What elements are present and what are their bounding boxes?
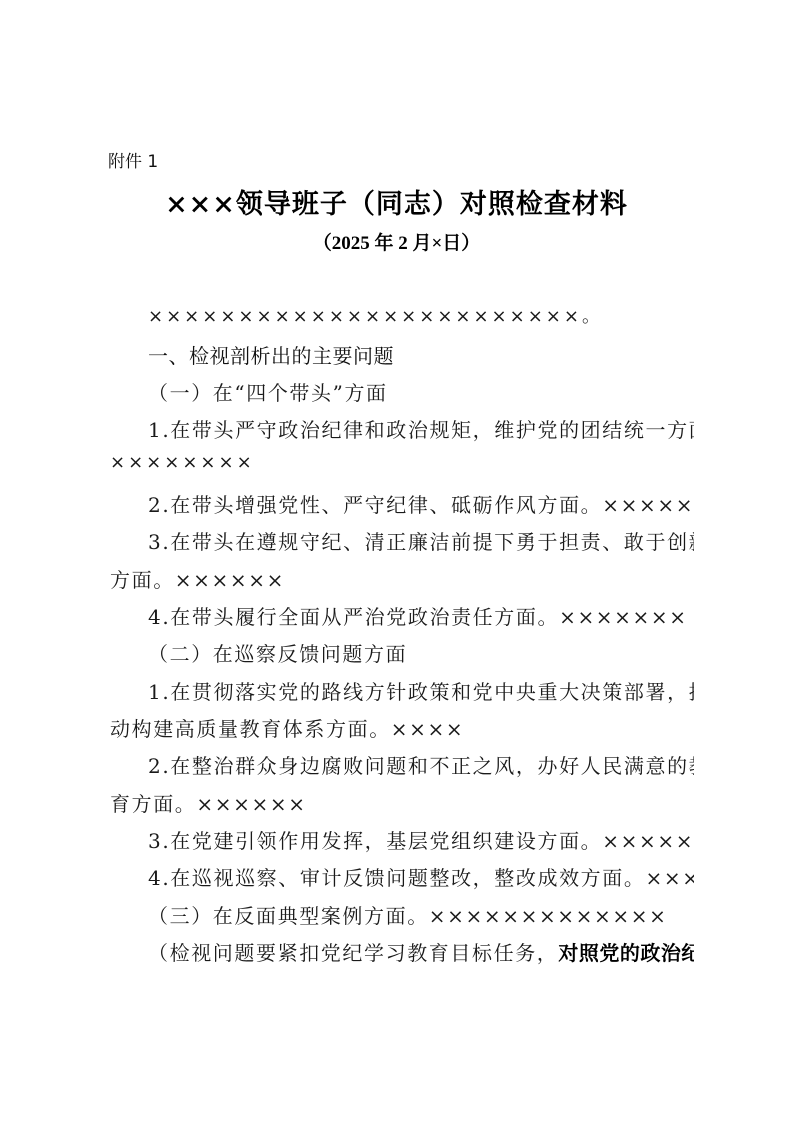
item-2-2-line1: 2.在整治群众身边腐败问题和不正之风，办好人民满意的教 [148, 750, 694, 779]
subsection-heading-2: （二）在巡察反馈问题方面 [148, 638, 694, 667]
item-1-1-line1: 1.在带头严守政治纪律和政治规矩，维护党的团结统一方面。 [148, 414, 694, 443]
item-1-3-line1: 3.在带头在遵规守纪、清正廉洁前提下勇于担责、敢于创新 [148, 526, 694, 555]
section-heading-1: 一、检视剖析出的主要问题 [148, 340, 694, 369]
note-regular-text: （检视问题要紧扣党纪学习教育目标任务， [148, 941, 558, 965]
item-2-3: 3.在党建引领作用发挥，基层党组织建设方面。××××× [148, 825, 694, 854]
item-1-1-line2: ×××××××× [110, 452, 694, 473]
subsection-heading-3: （三）在反面典型案例方面。××××××××××××× [148, 900, 694, 929]
item-2-1-line2: 动构建高质量教育体系方面。×××× [110, 713, 694, 742]
document-page: 附件 1 ×××领导班子（同志）对照检查材料 （2025 年 2 月×日） ××… [0, 0, 793, 1122]
item-1-2: 2.在带头增强党性、严守纪律、砥砺作风方面。××××× [148, 489, 694, 518]
item-2-2-line2: 育方面。×××××× [110, 788, 694, 817]
item-2-4: 4.在巡视巡察、审计反馈问题整改，整改成效方面。××× [148, 862, 694, 891]
attachment-label: 附件 1 [108, 147, 158, 172]
document-date: （2025 年 2 月×日） [0, 228, 793, 255]
note-bold-text: 对照党的政治纪 [558, 941, 694, 965]
subsection-heading-1: （一）在“四个带头”方面 [148, 377, 694, 406]
note-paragraph: （检视问题要紧扣党纪学习教育目标任务，对照党的政治纪 [148, 937, 694, 966]
item-1-3-line2: 方面。×××××× [110, 564, 694, 593]
item-2-1-line1: 1.在贯彻落实党的路线方针政策和党中央重大决策部署，推 [148, 676, 694, 705]
document-title: ×××领导班子（同志）对照检查材料 [0, 182, 793, 221]
item-1-4: 4.在带头履行全面从严治党政治责任方面。××××××× [148, 601, 694, 630]
intro-paragraph: ××××××××××××××××××××××××。 [148, 302, 694, 328]
